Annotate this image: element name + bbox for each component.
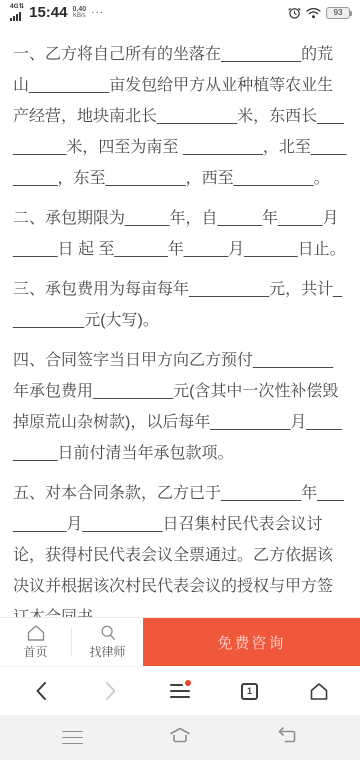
phone-screen: 4G⇅ 15:44 0.40 KB/s ··· 93 [0,0,360,760]
status-bar: 4G⇅ 15:44 0.40 KB/s ··· 93 [0,0,360,25]
browser-home-button[interactable] [304,676,334,706]
status-right-cluster: 93 [288,6,350,19]
status-left-cluster: 4G⇅ 15:44 0.40 KB/s ··· [10,4,104,21]
forward-icon [105,681,117,701]
free-consult-button[interactable]: 免费咨询 [143,618,360,666]
wifi-icon [306,7,321,19]
nav-home-icon [167,725,193,745]
contract-paragraph: 一、乙方将自己所有的坐落在_________的荒山_________亩发包给甲方… [13,39,347,194]
contract-paragraph: 二、承包期限为_____年，自_____年_____月_____日 起 至___… [13,203,347,265]
nav-recents-button[interactable] [62,731,83,745]
browser-tabs-button[interactable]: 1 [235,676,265,706]
nav-back-icon [276,726,298,744]
speed-unit: KB/s [73,13,86,19]
tab-home-label: 首页 [23,643,47,660]
browser-forward-button[interactable] [96,676,126,706]
menu-icon [170,684,190,699]
contract-paragraph: 四、合同签字当日甲方向乙方预付_________年承包费用_________元(… [13,345,347,469]
notification-dot [185,680,191,686]
signal-icon: 4G⇅ [10,4,24,21]
alarm-icon [288,6,301,19]
contract-paragraph: 五、对本合同条款，乙方已于_________年_________月_______… [13,478,347,617]
search-icon [98,624,118,642]
browser-toolbar: 1 [0,666,360,715]
contract-paragraph: 三、承包费用为每亩每年_________元，共计_________元(大写)。 [13,274,347,336]
consult-bar: 首页 找律师 免费咨询 [0,617,360,666]
nav-recents-icon [62,731,83,745]
network-type-label: 4G [10,3,19,10]
speed-value: 0.40 [73,6,87,13]
clock-label: 15:44 [29,4,67,21]
battery-percent-label: 93 [334,8,343,17]
nav-back-button[interactable] [276,726,298,749]
nav-home-button[interactable] [167,725,193,750]
status-more-dots: ··· [91,7,104,18]
home-icon [26,624,46,642]
network-speed: 0.40 KB/s [73,6,87,19]
contract-document[interactable]: 一、乙方将自己所有的坐落在_________的荒山_________亩发包给甲方… [0,25,360,617]
tab-find-lawyer-label: 找律师 [89,643,125,660]
tab-home[interactable]: 首页 [0,618,71,666]
tab-find-lawyer[interactable]: 找律师 [72,618,143,666]
browser-menu-button[interactable] [165,676,195,706]
back-icon [35,681,47,701]
system-nav-bar [0,715,360,760]
home-icon [309,682,329,701]
battery-icon: 93 [326,7,350,19]
browser-back-button[interactable] [26,676,56,706]
tabs-icon: 1 [241,683,258,700]
